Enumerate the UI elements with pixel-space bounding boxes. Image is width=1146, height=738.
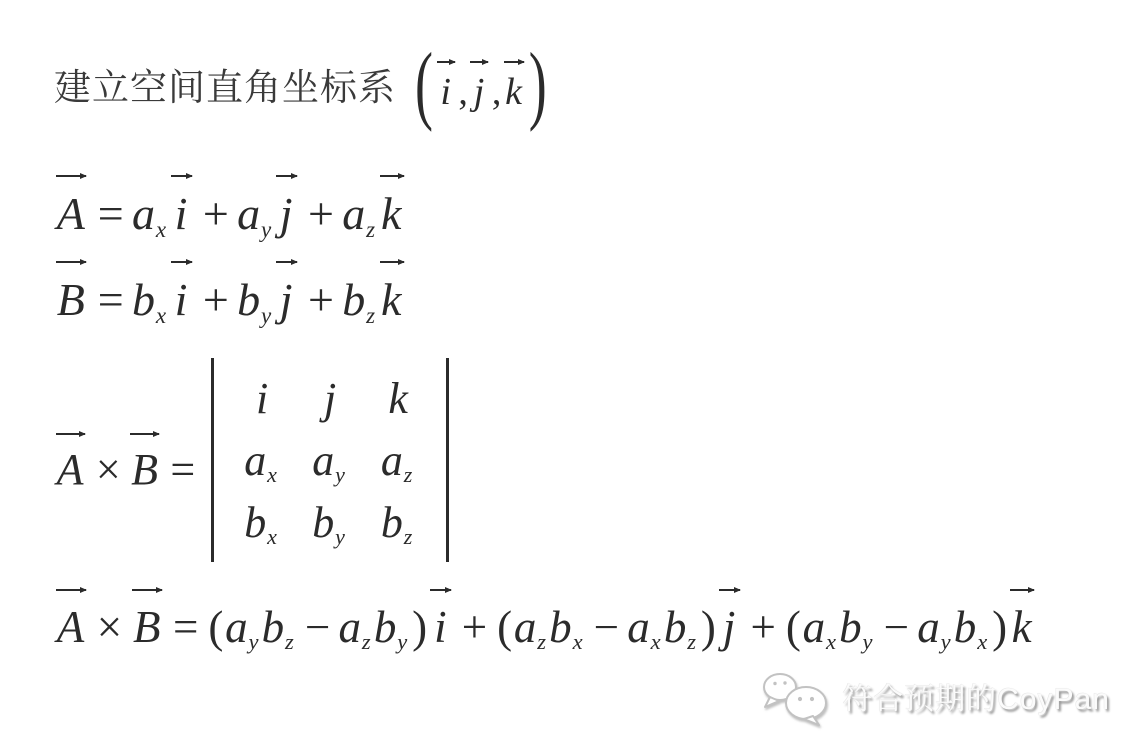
- subscript-z: z: [404, 462, 413, 487]
- subscript-y: y: [335, 524, 345, 549]
- subscript-y: y: [335, 462, 345, 487]
- subscript-y: y: [397, 629, 407, 654]
- coordinate-basis: ( i,j,k ): [412, 55, 550, 113]
- open-paren: (: [415, 40, 433, 127]
- math-p-(: (: [786, 604, 801, 651]
- equation-cross-product-expanded: A×B=(aybz−azby)i+(azbx−axbz)j+(axby−aybx…: [54, 582, 1036, 651]
- vector-arrow-icon: [430, 589, 451, 591]
- vector-arrow-icon: [470, 61, 488, 63]
- vector-j: j: [718, 582, 743, 651]
- vector-arrow-icon: [276, 261, 298, 263]
- var-b-sub-y: by: [374, 604, 411, 651]
- subscript-z: z: [366, 217, 375, 242]
- vector-j: j: [469, 55, 490, 113]
- math-var-k: k: [388, 376, 408, 422]
- vector-B: B: [130, 582, 165, 651]
- vector-arrow-icon: [56, 433, 85, 435]
- var-b-sub-z: bz: [262, 604, 297, 651]
- var-a-sub-x: ax: [132, 190, 169, 238]
- var-b-sub-x: bx: [549, 604, 586, 651]
- subscript-z: z: [687, 629, 696, 654]
- determinant-matrix: ijkaxayazbxbybz: [211, 358, 449, 562]
- vector-arrow-icon: [276, 175, 298, 177]
- subscript-x: x: [156, 303, 166, 328]
- subscript-x: x: [573, 629, 583, 654]
- subscript-z: z: [285, 629, 294, 654]
- math-op-+: +: [203, 190, 229, 238]
- matrix-cell: ay: [312, 435, 348, 486]
- subscript-x: x: [267, 524, 277, 549]
- subscript-x: x: [977, 629, 987, 654]
- var-a-sub-y: ay: [312, 438, 348, 484]
- subscript-x: x: [651, 629, 661, 654]
- vector-i: i: [169, 254, 194, 324]
- math-op-+: +: [462, 604, 487, 651]
- math-p-(: (: [208, 604, 223, 651]
- vector-B: B: [129, 426, 163, 493]
- math-op-+: +: [308, 276, 334, 324]
- var-a-sub-z: az: [342, 190, 378, 238]
- var-a-sub-y: ay: [917, 604, 954, 651]
- var-b-sub-x: bx: [244, 500, 280, 546]
- vector-arrow-icon: [56, 589, 86, 591]
- math-op-+: +: [751, 604, 776, 651]
- vector-A: A: [54, 426, 88, 493]
- math-op-=: =: [170, 447, 195, 493]
- subscript-y: y: [941, 629, 951, 654]
- vector-arrow-icon: [380, 261, 404, 263]
- vector-arrow-icon: [130, 433, 159, 435]
- vector-arrow-icon: [1010, 589, 1033, 591]
- math-p-): ): [412, 604, 427, 651]
- math-var-j: j: [324, 376, 336, 422]
- subscript-x: x: [826, 629, 836, 654]
- vector-B: B: [54, 254, 89, 324]
- vector-arrow-icon: [171, 175, 193, 177]
- equation-cross-product-determinant: A×B= ijkaxayazbxbybz: [54, 358, 449, 562]
- vector-arrow-icon: [171, 261, 193, 263]
- vector-k: k: [503, 55, 526, 113]
- vector-A: A: [54, 168, 89, 238]
- math-op-−: −: [305, 604, 330, 651]
- math-p-): ): [992, 604, 1007, 651]
- vector-arrow-icon: [437, 61, 455, 63]
- subscript-y: y: [249, 629, 259, 654]
- watermark-text: 符合预期的CoyPan: [842, 674, 1110, 718]
- vector-A: A: [54, 582, 89, 651]
- matrix-cell: bz: [381, 497, 416, 548]
- var-a-sub-y: ay: [225, 604, 262, 651]
- math-var-i: i: [256, 376, 268, 422]
- formula-slide: 建立空间直角坐标系 ( i,j,k ) A=axi+ayj+azk B=bxi+…: [0, 0, 1146, 738]
- vector-arrow-icon: [380, 175, 404, 177]
- math-op-+: +: [203, 276, 229, 324]
- vector-k: k: [378, 168, 406, 238]
- var-a-sub-z: az: [339, 604, 374, 651]
- subscript-z: z: [362, 629, 371, 654]
- matrix-cell: j: [324, 373, 336, 424]
- page-title: 建立空间直角坐标系: [54, 57, 396, 111]
- subscript-z: z: [404, 524, 413, 549]
- title: 建立空间直角坐标系 ( i,j,k ): [54, 34, 550, 134]
- var-b-sub-z: bz: [342, 276, 378, 324]
- subscript-z: z: [537, 629, 546, 654]
- var-b-sub-y: by: [237, 276, 274, 324]
- math-p-(: (: [497, 604, 512, 651]
- var-b-sub-z: bz: [381, 500, 416, 546]
- subscript-y: y: [863, 629, 873, 654]
- subscript-z: z: [366, 303, 375, 328]
- basis-vectors: i,j,k: [436, 55, 526, 113]
- var-b-sub-x: bx: [954, 604, 991, 651]
- watermark: 符合预期的CoyPan: [756, 666, 1110, 726]
- equation-vector-b: B=bxi+byj+bzk: [54, 254, 406, 324]
- vector-i: i: [429, 582, 454, 651]
- var-b-sub-y: by: [839, 604, 876, 651]
- var-b-sub-x: bx: [132, 276, 169, 324]
- vector-arrow-icon: [56, 261, 87, 263]
- math-op-×: ×: [97, 604, 122, 651]
- math-op-=: =: [173, 604, 198, 651]
- close-paren: ): [529, 40, 547, 127]
- math-op-−: −: [594, 604, 619, 651]
- math-op-−: −: [884, 604, 909, 651]
- vector-i: i: [169, 168, 194, 238]
- math-op-+: +: [308, 190, 334, 238]
- matrix-cell: az: [381, 435, 416, 486]
- vector-arrow-icon: [719, 589, 740, 591]
- var-a-sub-x: ax: [803, 604, 840, 651]
- subscript-y: y: [261, 217, 271, 242]
- math-op-×: ×: [96, 447, 121, 493]
- vector-j: j: [274, 168, 299, 238]
- matrix-cell: i: [256, 373, 268, 424]
- determinant-lhs: A×B=: [54, 426, 203, 493]
- subscript-x: x: [156, 217, 166, 242]
- math-p-,: ,: [458, 73, 468, 113]
- var-a-sub-z: az: [381, 438, 416, 484]
- matrix-cell: by: [312, 497, 348, 548]
- vector-k: k: [1009, 582, 1036, 651]
- vector-k: k: [378, 254, 406, 324]
- var-b-sub-y: by: [312, 500, 348, 546]
- var-a-sub-z: az: [514, 604, 549, 651]
- matrix-cell: k: [388, 373, 408, 424]
- math-p-): ): [701, 604, 716, 651]
- matrix-cell: bx: [244, 497, 280, 548]
- var-b-sub-z: bz: [664, 604, 699, 651]
- matrix-cell: ax: [244, 435, 280, 486]
- vector-j: j: [274, 254, 299, 324]
- math-p-,: ,: [492, 73, 502, 113]
- equation-vector-a: A=axi+ayj+azk: [54, 168, 406, 238]
- var-a-sub-y: ay: [237, 190, 274, 238]
- wechat-icon: [756, 666, 832, 726]
- math-op-=: =: [98, 190, 124, 238]
- var-a-sub-x: ax: [244, 438, 280, 484]
- vector-arrow-icon: [56, 175, 87, 177]
- subscript-x: x: [267, 462, 277, 487]
- math-op-=: =: [98, 276, 124, 324]
- vector-arrow-icon: [132, 589, 162, 591]
- var-a-sub-x: ax: [627, 604, 664, 651]
- vector-arrow-icon: [504, 61, 524, 63]
- vector-i: i: [436, 55, 457, 113]
- subscript-y: y: [261, 303, 271, 328]
